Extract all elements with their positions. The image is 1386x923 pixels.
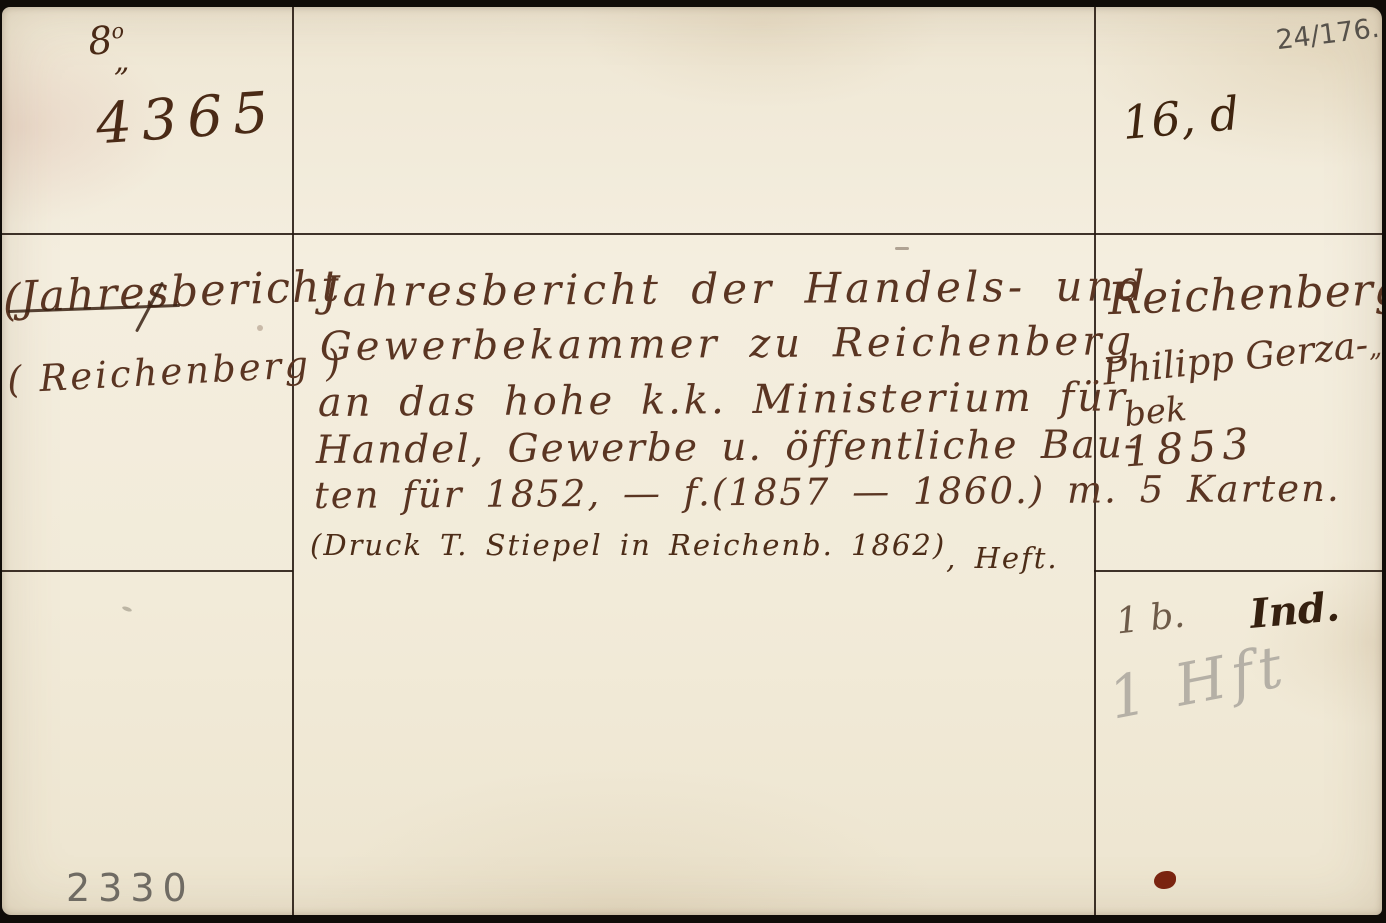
copy-note-ink: Ind. <box>1248 587 1341 635</box>
imprint-suffix: , Heft. <box>946 541 1059 575</box>
entry-line-3: an das hohe k.k. Ministerium für <box>318 377 1128 423</box>
entry-line-1: Jahresbericht der Handels- und <box>322 265 1149 313</box>
folio-number: 24/176. <box>1275 15 1381 54</box>
heading-term: Jahresbericht <box>19 265 341 319</box>
heading-paren: ( <box>3 279 20 323</box>
author-hyphen-mark: „ <box>1367 332 1382 363</box>
entry-line-2: Gewerbekammer zu Reichenberg <box>320 321 1135 367</box>
grid-line-horizontal-top <box>2 233 1382 235</box>
ink-speck <box>257 325 263 331</box>
grid-line-vertical-left <box>292 7 294 915</box>
ink-blot <box>1154 871 1176 889</box>
format-mark-sup: o <box>110 19 125 44</box>
format-ditto-mark: „ <box>114 47 130 77</box>
author-name: Philipp Gerza-„ <box>1101 324 1382 390</box>
imprint-text: (Druck T. Stiepel in Reichenb. 1862) <box>310 528 946 562</box>
photo-background: 8o „ 4365 24/176. 16, d ( Jahresbericht … <box>0 0 1386 923</box>
shelf-number: 4365 <box>94 85 280 154</box>
copy-note-pencil: 1 b. <box>1114 598 1186 641</box>
entry-line-5: ten für 1852, — f.(1857 — 1860.) m. 5 Ka… <box>314 470 1341 514</box>
pencil-scribble: 1 Hft <box>1104 636 1292 727</box>
place-header: Reichenberg <box>1107 268 1382 322</box>
pencil-speck <box>895 247 909 250</box>
catalog-card: 8o „ 4365 24/176. 16, d ( Jahresbericht … <box>2 7 1382 915</box>
entry-line-4: Handel, Gewerbe u. öffentliche Bau- <box>316 425 1139 470</box>
author-name-text: Philipp Gerza- <box>1101 323 1371 394</box>
grid-line-horizontal-left <box>2 570 293 572</box>
accession-number: 2330 <box>66 869 195 907</box>
imprint-line: (Druck T. Stiepel in Reichenb. 1862), He… <box>310 531 1059 560</box>
pencil-speck-2 <box>122 605 133 612</box>
location-mark: 16, d <box>1120 90 1241 146</box>
publication-year: 1853 <box>1123 422 1257 473</box>
grid-line-horizontal-right <box>1094 570 1382 572</box>
